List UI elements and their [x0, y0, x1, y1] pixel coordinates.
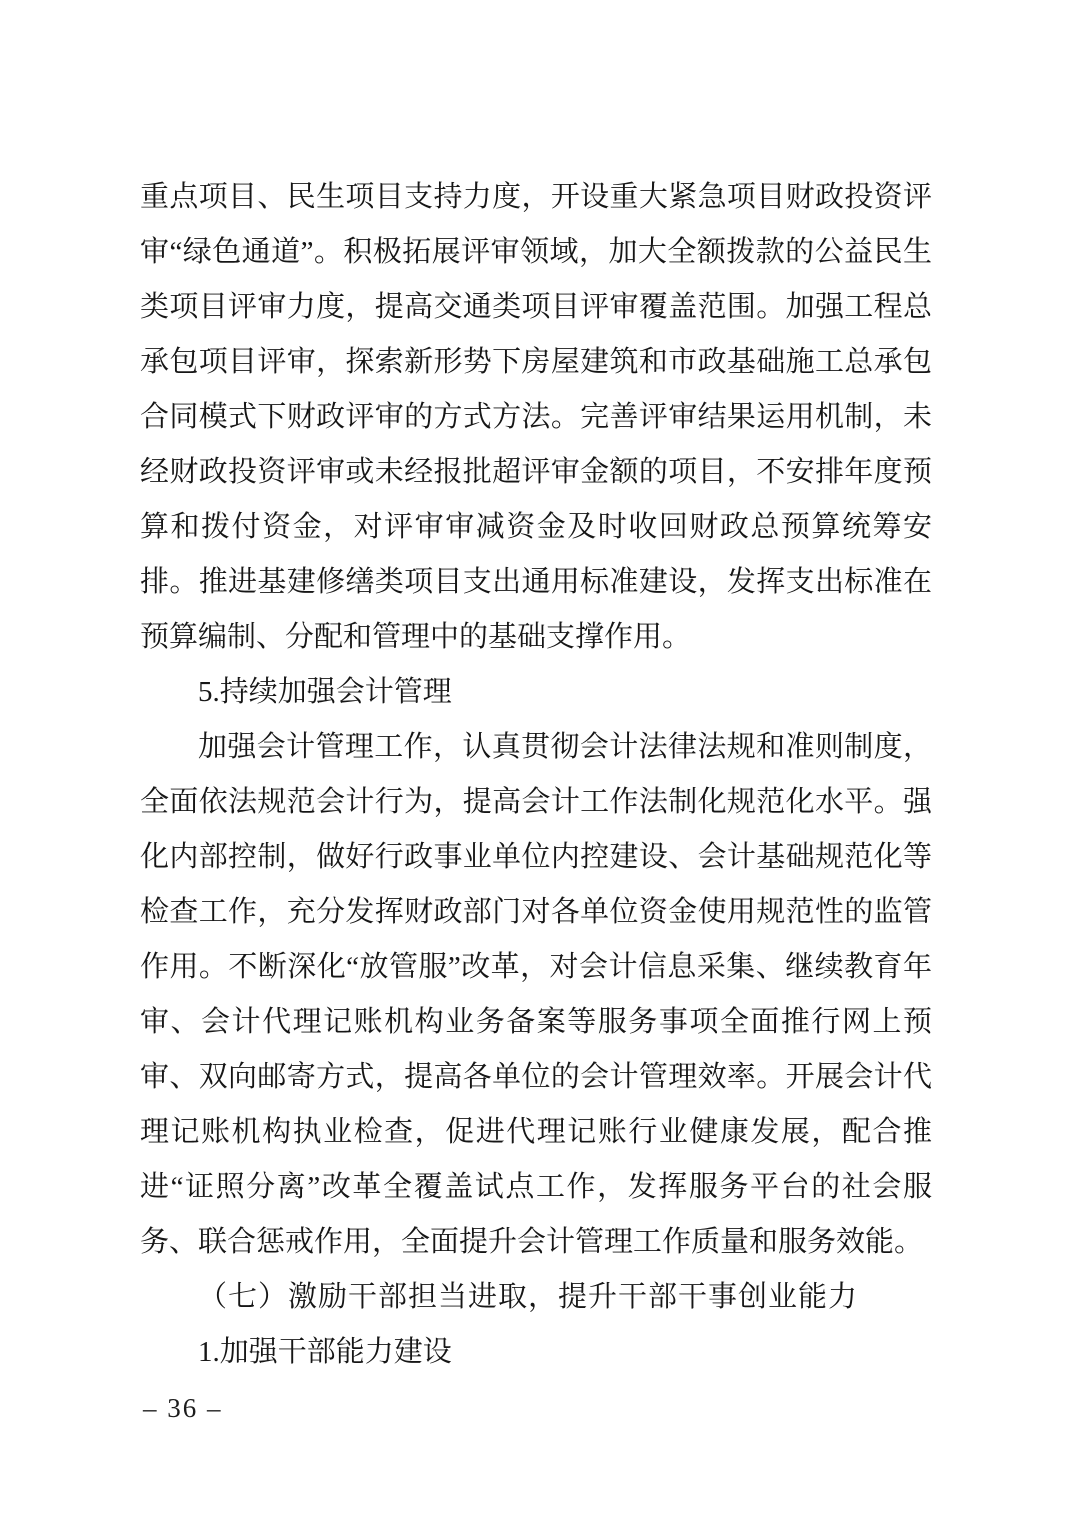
page-number: – 36 –: [143, 1392, 223, 1424]
body-paragraph-accounting-management: 加强会计管理工作，认真贯彻会计法律法规和准则制度，全面依法规范会计行为，提高会计…: [140, 720, 932, 1270]
heading-subsection-1-cadre-capability: 1.加强干部能力建设: [140, 1325, 932, 1380]
document-body: 重点项目、民生项目支持力度，开设重大紧急项目财政投资评审“绿色通道”。积极拓展评…: [140, 170, 932, 1380]
heading-section-5-accounting-management: 5.持续加强会计管理: [140, 665, 932, 720]
body-paragraph-investment-review: 重点项目、民生项目支持力度，开设重大紧急项目财政投资评审“绿色通道”。积极拓展评…: [140, 170, 932, 665]
document-page: 重点项目、民生项目支持力度，开设重大紧急项目财政投资评审“绿色通道”。积极拓展评…: [0, 0, 1074, 1520]
heading-section-7-cadre-motivation: （七）激励干部担当进取，提升干部干事创业能力: [140, 1270, 932, 1325]
